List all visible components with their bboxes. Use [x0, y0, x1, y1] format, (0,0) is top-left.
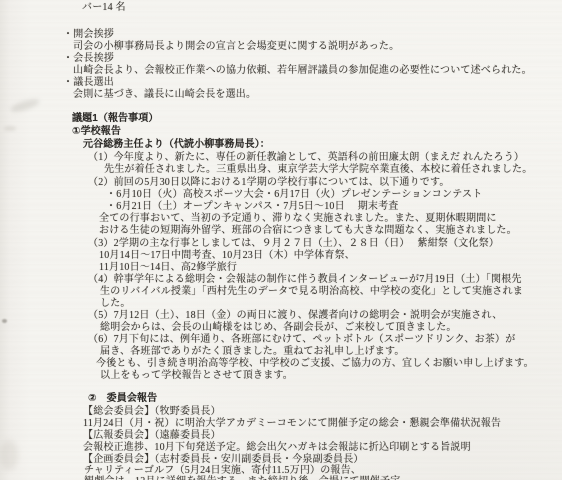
bullet-opening-greeting: ・開会挨拶 — [63, 29, 114, 41]
item-3-line-2: 10月14日～17日中間考査、10月23日（木）中学体育祭、 — [99, 250, 355, 262]
item-1-line-1: （1）今年度より、新たに、専任の新任教諭として、英語科の前田廉太朗（まえだ れん… — [88, 152, 524, 164]
item-5-line-1: （5）7月12日（土）、18日（金）の両日に渡り、保護者向けの総明会・説明会が実… — [88, 310, 502, 322]
item-4-line-1: （4）幹事学年による総明会・会報誌の制作に伴う教員インタービューが7月19日（土… — [88, 274, 522, 286]
item-6-line-4: 以上をもって学校報告とさせて頂きます。 — [100, 370, 293, 382]
member-count-line: バー14 名 — [82, 2, 126, 14]
general-committee-body: 11月24日（月・祝）に明治大学アカデミーコモンにて開催予定の総会・懇親会準備状… — [83, 418, 501, 430]
item-5-line-2: 総明会からは、会長の山崎様をはじめ、各副会長が、ご来校して頂きました。 — [100, 322, 457, 334]
item-2-line-3: ・6月21日（土）オープンキャンパス・7月5日～10日 期末考査 — [106, 201, 399, 213]
bullet-chair-greeting: ・会長挨拶 — [63, 53, 114, 65]
item-2-line-1: （2）前回の5月30日以降における1学期の学校行事については、以下通りです。 — [88, 177, 450, 189]
scan-artifact — [9, 97, 40, 115]
bullet-chair-election: ・議長選出 — [63, 77, 114, 89]
pr-committee-line: 【広報委員会】（遠藤委員長） — [83, 430, 221, 442]
agenda1-heading: 議題1（報告事項） — [72, 113, 158, 125]
item-6-line-1: （6）7月下旬には、例年通り、各班部にむけて、ペットボトル（スポーツドリンク、お… — [88, 334, 515, 346]
school-report-heading: ①学校報告 — [72, 126, 121, 138]
school-report-speaker: 元谷総務主任より（代読小柳事務局長）： — [83, 139, 270, 151]
chair-election-body: 会則に基づき、議長に山崎会長を選出。 — [73, 89, 256, 101]
opening-greeting-body: 司会の小柳事務局長より開会の宣言と会場変更に関する説明があった。 — [73, 41, 399, 53]
item-3-line-1: （3）2学期の主な行事としましては、９月２７日（土）、２８日（日） 紫紺祭（文化… — [88, 238, 499, 250]
item-2-line-5: おける生徒の短期海外留学、班部の合宿につきましても大きな問題なく、実施されました… — [99, 225, 517, 237]
scan-artifact — [4, 126, 16, 131]
chair-greeting-body: 山崎会長より、会報校正作業への協力依頼、若年層評議員の参加促進の必要性について述… — [73, 65, 532, 77]
item-2-line-2: ・6月10日（火）高校スポーツ大会・6月17日（火）プレゼンテーションコンテスト — [106, 189, 482, 201]
item-4-line-2: 生のリバイバル授業」「西村先生のデータで見る明治高校、中学校の変化」として実施さ… — [100, 286, 523, 298]
item-6-line-2: 届き、各班部でありがたく頂きました。重ねてお礼申し上げます。 — [100, 346, 405, 358]
item-2-line-4: 全ての行事おいて、当初の予定通り、滞りなく実施されました。また、夏期休暇期間に — [99, 213, 497, 225]
item-6-line-3: 今後とも、引き続き明治高等学校、中学校のご支援、ご協力の方、宜しくお願い申し上げ… — [96, 358, 534, 370]
pr-committee-body: 会報校正進捗、10月下旬発送予定。総会出欠ハガキは会報誌に折込印刷とする旨説明 — [83, 442, 471, 454]
document-page: バー14 名・開会挨拶司会の小柳事務局長より開会の宣言と会場変更に関する説明があ… — [0, 0, 562, 480]
scan-artifact — [2, 319, 7, 323]
clipped-bottom-line: 観劇会は、12月に詳細を報告する。また締切り後、会場にて開催予定 — [84, 476, 400, 480]
item-1-line-2: 先生が着任されました。三重県出身、東京学芸大学大学院卒業直後、本校に着任されまし… — [104, 164, 532, 176]
general-committee-line: 【総会委員会】（牧野委員長） — [83, 406, 221, 418]
item-4-line-3: した。 — [100, 298, 131, 310]
item-3-line-3: 11月10日～14日、高2修学旅行 — [99, 262, 237, 274]
scan-artifact — [0, 440, 18, 470]
committee-report-heading: ② 委員会報告 — [88, 393, 157, 405]
